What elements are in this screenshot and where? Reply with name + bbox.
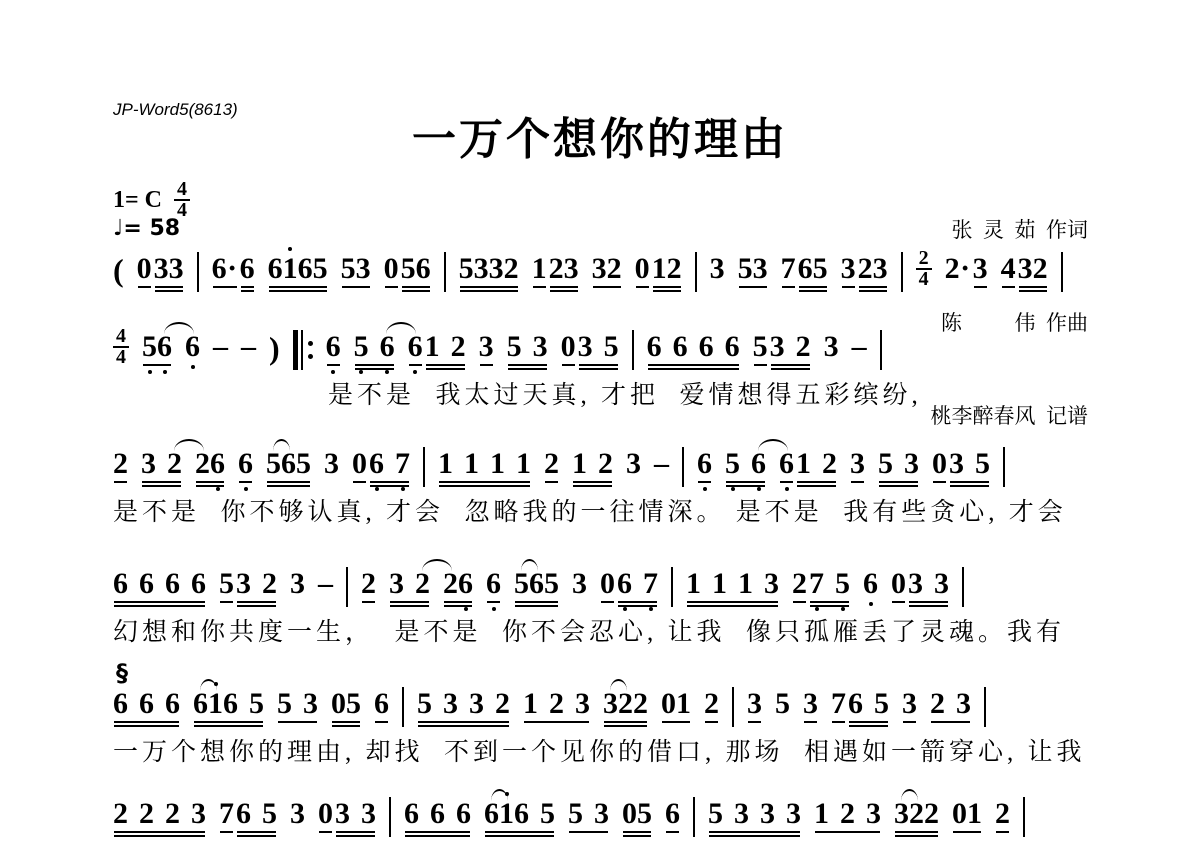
note-group: 05 (622, 800, 652, 842)
note-group: 3 (902, 690, 917, 732)
barline (695, 252, 697, 292)
note-group: 26 (443, 570, 473, 612)
notes-row: 44566––)65661235303566665323– (113, 333, 1100, 375)
barline (1023, 797, 1025, 837)
note-group: 32 (236, 570, 277, 612)
note-group: 01 (952, 800, 982, 842)
lyrics-line: 幻想和你共度一生， 是不是 你不会忍心, 让我 像只孤雁丢了灵魂。我有 (113, 618, 1100, 648)
note-group: 2 (792, 570, 807, 612)
note-group: 565 (266, 450, 311, 492)
note-group: 4 (1001, 255, 1016, 297)
barline (632, 330, 634, 370)
note-group: 23 (549, 255, 579, 297)
note-group: 123 (814, 800, 881, 842)
barline (389, 797, 391, 837)
note-group: 65 (236, 800, 277, 842)
note-group: 666 (404, 800, 471, 842)
dash-extension: – (241, 333, 256, 361)
note-group: 53 (277, 690, 318, 732)
music-line: (0336·6616553056533212332012353765323242… (113, 255, 1100, 297)
music-line: 232266565306711112123–656612353035是不是 你不… (113, 450, 1100, 528)
note-group: 2 (704, 690, 719, 732)
note-group: 3 (841, 255, 856, 297)
barline (962, 567, 964, 607)
barline (346, 567, 348, 607)
note-group: 5332 (459, 255, 519, 297)
note-group: 666 (113, 690, 180, 732)
note-group: 53 (341, 255, 371, 297)
time-signature: 44 (113, 327, 129, 367)
note-group: 5 (219, 570, 234, 612)
note-group: 322 (603, 690, 648, 732)
note-group: 322 (894, 800, 939, 842)
note-group: 65 (798, 255, 828, 297)
note-group: 6 (408, 333, 423, 375)
notes-row: 6666165530565332123322012353765323 (113, 690, 1100, 732)
note-group: 0 (384, 255, 399, 297)
lyrics-line: 是不是 我太过天真, 才把 爱情想得五彩缤纷, (328, 381, 1100, 411)
note-group: 26 (195, 450, 225, 492)
note-group: 3 (973, 255, 988, 297)
note-group: 32 (141, 450, 182, 492)
note-group: 6666 (647, 333, 740, 375)
sheet-music-page: { "meta": {"watermark": "JP-Word5(8613)"… (0, 0, 1200, 850)
parenthesis: ) (269, 333, 280, 363)
note-group: 5 (753, 333, 768, 375)
tie-arc (901, 789, 918, 801)
barline (671, 567, 673, 607)
barline (444, 252, 446, 292)
note-group: 32 (592, 255, 622, 297)
note-group: 7 (219, 800, 234, 842)
tie-arc (386, 322, 416, 334)
note-group: 3 (290, 570, 305, 612)
segno-icon: § (116, 660, 1100, 686)
tie-arc (164, 322, 194, 334)
note-group: 3 (572, 570, 587, 612)
note-group: 6 (185, 333, 200, 375)
lyrics-line: 一万个想你的理由, 却找 不到一个见你的借口, 那场 相遇如一箭穿心, 让我 (113, 738, 1100, 768)
note-group: 2 (361, 570, 376, 612)
note-group: 56 (725, 450, 766, 492)
music-line: 222376530336666165530565333123322012 (113, 800, 1100, 842)
time-signature: 24 (916, 249, 932, 289)
note-group: 2 (113, 450, 128, 492)
note-group: 23 (858, 255, 888, 297)
note-group: 67 (617, 570, 658, 612)
barline (693, 797, 695, 837)
barline (984, 687, 986, 727)
note-group: 12 (796, 450, 837, 492)
note-group: 3 (324, 450, 339, 492)
note-group: 35 (949, 450, 990, 492)
barline (423, 447, 425, 487)
tie-arc (758, 439, 788, 451)
note-group: 3 (747, 690, 762, 732)
note-group: 6666 (113, 570, 206, 612)
note-group: 32 (770, 333, 811, 375)
note-group: 3 (290, 800, 305, 842)
music-line: 66665323–232266565306711132756033幻想和你共度一… (113, 570, 1100, 648)
note-group: 6 (665, 800, 680, 842)
note-group: 0 (561, 333, 576, 375)
note-group: 12 (652, 255, 682, 297)
dash-extension: – (318, 570, 333, 598)
note-group: 7 (781, 255, 796, 297)
note-group: 3 (824, 333, 839, 375)
note-group: 53 (878, 450, 919, 492)
repeat-sign (293, 330, 313, 370)
note-group: 67 (369, 450, 410, 492)
note-group: 6165 (268, 255, 328, 297)
note-group: 35 (578, 333, 619, 375)
note-group: 1 (532, 255, 547, 297)
note-group: 6 (374, 690, 389, 732)
note-group: 33 (908, 570, 949, 612)
note-group: 3 (803, 690, 818, 732)
note-group: 01 (661, 690, 691, 732)
note-group: 5 (775, 690, 790, 732)
lyrics-line: 是不是 你不够认真, 才会 忽略我的一往情深。 是不是 我有些贪心, 才会 (113, 498, 1100, 528)
note-group: 2· (945, 255, 971, 297)
score: (0336·6616553056533212332012353765323242… (113, 0, 1100, 850)
dash-extension: – (654, 450, 669, 478)
note-group: 3 (850, 450, 865, 492)
note-group: 5332 (417, 690, 510, 732)
barline (732, 687, 734, 727)
barline (402, 687, 404, 727)
music-line: 44566––)65661235303566665323–是不是 我太过天真, … (113, 333, 1100, 411)
note-group: 7 (831, 690, 846, 732)
barline (880, 330, 882, 370)
note-group: 6165 (193, 690, 264, 732)
note-group: 23 (930, 690, 971, 732)
note-group: 6165 (484, 800, 555, 842)
parenthesis: ( (113, 255, 124, 285)
note-group: 05 (331, 690, 361, 732)
barline (1003, 447, 1005, 487)
note-group: 6 (863, 570, 878, 612)
note-group: 2 (544, 450, 559, 492)
barline (682, 447, 684, 487)
dash-extension: – (852, 333, 867, 361)
tie-arc (200, 679, 217, 691)
note-group: 565 (514, 570, 559, 612)
note-group: 2 (995, 800, 1010, 842)
note-group: 32 (389, 570, 430, 612)
note-group: 6 (326, 333, 341, 375)
barline (197, 252, 199, 292)
note-group: 56 (142, 333, 172, 375)
note-group: 6· (212, 255, 238, 297)
notes-row: 232266565306711112123–656612353035 (113, 450, 1100, 492)
notes-row: (0336·6616553056533212332012353765323242… (113, 255, 1100, 297)
note-group: 3 (710, 255, 725, 297)
note-group: 53 (507, 333, 548, 375)
note-group: 32 (1018, 255, 1048, 297)
note-group: 56 (401, 255, 431, 297)
note-group: 0 (635, 255, 650, 297)
note-group: 6 (486, 570, 501, 612)
tie-arc (273, 439, 290, 451)
music-line: §6666165530565332123322012353765323一万个想你… (113, 660, 1100, 768)
note-group: 33 (335, 800, 376, 842)
barline (1061, 252, 1063, 292)
note-group: 2223 (113, 800, 206, 842)
note-group: 1111 (438, 450, 531, 492)
tie-arc (491, 789, 508, 801)
note-group: 6 (697, 450, 712, 492)
note-group: 1113 (686, 570, 779, 612)
tie-arc (610, 679, 627, 691)
note-group: 65 (848, 690, 889, 732)
note-group: 0 (932, 450, 947, 492)
note-group: 0 (352, 450, 367, 492)
barline (901, 252, 903, 292)
note-group: 0 (137, 255, 152, 297)
note-group: 3 (626, 450, 641, 492)
notes-row: 66665323–232266565306711132756033 (113, 570, 1100, 612)
note-group: 53 (568, 800, 609, 842)
notes-row: 222376530336666165530565333123322012 (113, 800, 1100, 842)
note-group: 12 (572, 450, 613, 492)
note-group: 12 (425, 333, 466, 375)
note-group: 123 (523, 690, 590, 732)
note-group: 3 (479, 333, 494, 375)
note-group: 6 (779, 450, 794, 492)
tie-arc (422, 559, 452, 571)
note-group: 33 (154, 255, 184, 297)
note-group: 56 (354, 333, 395, 375)
note-group: 53 (738, 255, 768, 297)
note-group: 75 (809, 570, 850, 612)
note-group: 0 (891, 570, 906, 612)
dash-extension: – (213, 333, 228, 361)
tie-arc (174, 439, 204, 451)
note-group: 0 (600, 570, 615, 612)
note-group: 5333 (708, 800, 801, 842)
note-group: 6 (238, 450, 253, 492)
note-group: 0 (318, 800, 333, 842)
note-group: 6 (240, 255, 255, 297)
tie-arc (521, 559, 538, 571)
